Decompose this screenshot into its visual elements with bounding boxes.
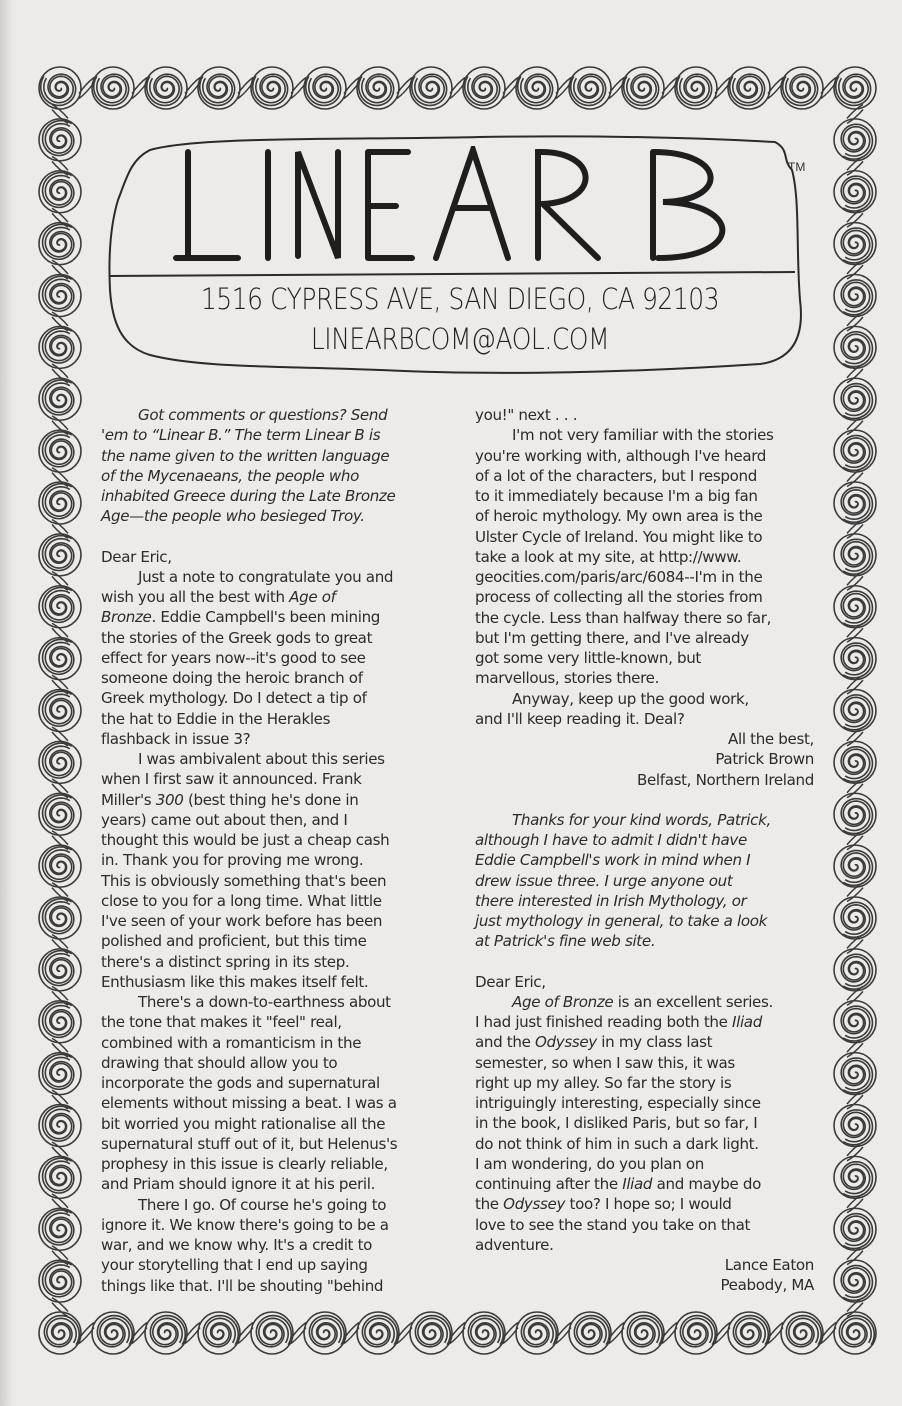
email-address[interactable]: LINEARBCOM@AOL.COM	[193, 322, 726, 356]
spiral-ornament-icon	[198, 1312, 240, 1354]
text-line: Just a note to congratulate you and	[101, 567, 446, 587]
text-line: the hat to Eddie in the Herakles	[101, 709, 446, 729]
paragraph-gap	[475, 790, 820, 810]
text-line: continuing after the Iliad and maybe do	[475, 1174, 820, 1194]
spiral-ornament-icon	[39, 430, 81, 472]
left-column: Got comments or questions? Send'em to “L…	[101, 405, 446, 1296]
text-line: I was ambivalent about this series	[101, 749, 446, 769]
text-line: there interested in Irish Mythology, or	[475, 891, 820, 911]
spiral-ornament-icon	[39, 482, 81, 524]
text-line: when I first saw it announced. Frank	[101, 769, 446, 789]
letter-salutation: Dear Eric,	[475, 972, 820, 992]
text-line: to it immediately because I'm a big fan	[475, 486, 820, 506]
text-line: Greek mythology. Do I detect a tip of	[101, 688, 446, 708]
text-line: got some very little-known, but	[475, 648, 820, 668]
italic-title-text: 300	[156, 791, 184, 809]
spiral-ornament-icon	[39, 1312, 81, 1354]
text-segment: is an excellent series.	[613, 993, 773, 1011]
spiral-ornament-icon	[410, 1312, 452, 1354]
text-line: Enthusiasm like this makes itself felt.	[101, 972, 446, 992]
text-line: semester, so when I saw this, it was	[475, 1053, 820, 1073]
italic-title-text: Iliad	[622, 1175, 652, 1193]
text-line: of heroic mythology. My own area is the	[475, 506, 820, 526]
text-segment: (best thing he's done in	[184, 791, 359, 809]
spiral-ornament-icon	[728, 1312, 770, 1354]
text-line: and Priam should ignore it at his peril.	[101, 1174, 446, 1194]
text-line: the cycle. Less than halfway there so fa…	[475, 608, 820, 628]
text-line: prophesy in this issue is clearly reliab…	[101, 1154, 446, 1174]
text-line: thought this would be just a cheap cash	[101, 830, 446, 850]
spiral-ornament-icon	[834, 534, 876, 576]
text-segment: and maybe do	[652, 1175, 761, 1193]
spiral-ornament-icon	[834, 741, 876, 783]
spiral-ornament-icon	[463, 1312, 505, 1354]
spiral-ornament-icon	[39, 1208, 81, 1250]
spiral-ornament-icon	[834, 1053, 876, 1095]
text-line: Ulster Cycle of Ireland. You might like …	[475, 527, 820, 547]
spiral-ornament-icon	[622, 1312, 664, 1354]
spiral-ornament-icon	[39, 1053, 81, 1095]
spiral-ornament-icon	[834, 430, 876, 472]
spiral-ornament-icon	[834, 1260, 876, 1302]
linear-b-title-logo	[168, 146, 758, 266]
spiral-ornament-icon	[357, 1312, 399, 1354]
spiral-ornament-icon	[834, 482, 876, 524]
spiral-ornament-icon	[39, 586, 81, 628]
text-line: war, and we know why. It's a credit to	[101, 1235, 446, 1255]
text-line: elements without missing a beat. I was a	[101, 1093, 446, 1113]
mailing-address: 1516 CYPRESS AVE, SAN DIEGO, CA 92103	[193, 282, 726, 316]
italic-title-text: Odyssey	[503, 1195, 565, 1213]
spiral-ornament-icon	[516, 1312, 558, 1354]
spiral-ornament-icon	[834, 1105, 876, 1147]
spiral-ornament-icon	[251, 1312, 293, 1354]
italic-title-text: Bronze	[101, 608, 151, 626]
text-line: you!" next . . .	[475, 405, 820, 425]
text-segment: too? I hope so; I would	[565, 1195, 731, 1213]
spiral-ornament-icon	[834, 845, 876, 887]
editor-intro-line: Got comments or questions? Send	[101, 405, 446, 425]
spiral-ornament-icon	[39, 845, 81, 887]
spiral-ornament-icon	[834, 1208, 876, 1250]
spiral-ornament-icon	[569, 1312, 611, 1354]
text-line: your storytelling that I end up saying	[101, 1255, 446, 1275]
text-line: Age of Bronze is an excellent series.	[475, 992, 820, 1012]
right-column: you!" next . . .I'm not very familiar wi…	[475, 405, 820, 1296]
text-line: This is obviously something that's been	[101, 871, 446, 891]
text-line: the tone that makes it "feel" real,	[101, 1012, 446, 1032]
text-line: in the book, I disliked Paris, but so fa…	[475, 1113, 820, 1133]
text-line: marvellous, stories there.	[475, 668, 820, 688]
spiral-ornament-icon	[834, 1156, 876, 1198]
text-line: the stories of the Greek gods to great	[101, 628, 446, 648]
text-line: someone doing the heroic branch of	[101, 668, 446, 688]
spiral-ornament-icon	[304, 1312, 346, 1354]
text-segment: and the	[475, 1033, 535, 1051]
spiral-ornament-icon	[39, 1260, 81, 1302]
italic-title-text: Age of	[289, 588, 335, 606]
spiral-ornament-icon	[834, 793, 876, 835]
text-line: love to see the stand you take on that	[475, 1215, 820, 1235]
text-line: drawing that should allow you to	[101, 1053, 446, 1073]
text-line: Miller's 300 (best thing he's done in	[101, 790, 446, 810]
letter-author: Lance Eaton	[475, 1255, 820, 1275]
letter-salutation: Dear Eric,	[101, 547, 446, 567]
spiral-ornament-icon	[39, 1105, 81, 1147]
letter-signoff: All the best,	[475, 729, 820, 749]
spiral-ornament-icon	[39, 1001, 81, 1043]
text-line: years) came out about then, and I	[101, 810, 446, 830]
text-line: although I have to admit I didn't have	[475, 830, 820, 850]
text-line: bit worried you might rationalise all th…	[101, 1114, 446, 1134]
letter-author: Patrick Brown	[475, 749, 820, 769]
text-line: and I'll keep reading it. Deal?	[475, 709, 820, 729]
text-line: of a lot of the characters, but I respon…	[475, 466, 820, 486]
spiral-ornament-icon	[145, 1312, 187, 1354]
editor-intro-line: inhabited Greece during the Late Bronze	[101, 486, 446, 506]
spiral-ornament-icon	[39, 741, 81, 783]
text-line: Eddie Campbell's work in mind when I	[475, 850, 820, 870]
text-segment: continuing after the	[475, 1175, 622, 1193]
letter-location: Peabody, MA	[475, 1275, 820, 1295]
spiral-ornament-icon	[39, 638, 81, 680]
text-line: intriguingly interesting, especially sin…	[475, 1093, 820, 1113]
text-line: incorporate the gods and supernatural	[101, 1073, 446, 1093]
text-line: There's a down-to-earthness about	[101, 992, 446, 1012]
text-line: effect for years now--it's good to see	[101, 648, 446, 668]
text-line: Thanks for your kind words, Patrick,	[475, 810, 820, 830]
editor-intro-line: the name given to the written language	[101, 446, 446, 466]
text-line: and the Odyssey in my class last	[475, 1032, 820, 1052]
editor-intro-line: 'em to “Linear B.” The term Linear B is	[101, 425, 446, 445]
text-segment: in my class last	[597, 1033, 712, 1051]
spiral-ornament-icon	[92, 1312, 134, 1354]
text-line: I'm not very familiar with the stories	[475, 425, 820, 445]
text-line: but I'm getting there, and I've already	[475, 628, 820, 648]
spiral-ornament-icon	[39, 949, 81, 991]
spiral-ornament-icon	[781, 1312, 823, 1354]
spiral-ornament-icon	[39, 897, 81, 939]
text-line: there's a distinct spring in its step.	[101, 952, 446, 972]
text-line: you're working with, although I've heard	[475, 446, 820, 466]
spiral-ornament-icon	[834, 1312, 876, 1354]
text-line: Anyway, keep up the good work,	[475, 689, 820, 709]
text-line: take a look at my site, at http://www.	[475, 547, 820, 567]
text-line: ignore it. We know there's going to be a	[101, 1215, 446, 1235]
spiral-ornament-icon	[39, 1156, 81, 1198]
text-line: at Patrick's fine web site.	[475, 931, 820, 951]
text-segment: wish you all the best with	[101, 588, 289, 606]
spiral-ornament-icon	[39, 690, 81, 732]
text-line: just mythology in general, to take a loo…	[475, 911, 820, 931]
text-line: I've seen of your work before has been	[101, 911, 446, 931]
text-line: flashback in issue 3?	[101, 729, 446, 749]
text-line: Bronze. Eddie Campbell's been mining	[101, 607, 446, 627]
spiral-ornament-icon	[834, 949, 876, 991]
text-segment: I had just finished reading both the	[475, 1013, 732, 1031]
text-line: I had just finished reading both the Ili…	[475, 1012, 820, 1032]
text-line: wish you all the best with Age of	[101, 587, 446, 607]
spiral-ornament-icon	[834, 638, 876, 680]
text-line: combined with a romanticism in the	[101, 1033, 446, 1053]
text-line: in. Thank you for proving me wrong.	[101, 850, 446, 870]
spiral-ornament-icon	[834, 897, 876, 939]
italic-title-text: Odyssey	[535, 1033, 597, 1051]
text-line: do not think of him in such a dark light…	[475, 1134, 820, 1154]
text-line: There I go. Of course he's going to	[101, 1195, 446, 1215]
letter-location: Belfast, Northern Ireland	[475, 770, 820, 790]
text-line: geocities.com/paris/arc/6084--I'm in the	[475, 567, 820, 587]
text-line: polished and proficient, but this time	[101, 931, 446, 951]
text-line: I am wondering, do you plan on	[475, 1154, 820, 1174]
text-segment: Miller's	[101, 791, 156, 809]
text-line: the Odyssey too? I hope so; I would	[475, 1194, 820, 1214]
text-line: drew issue three. I urge anyone out	[475, 871, 820, 891]
editor-intro-line: Age—the people who besieged Troy.	[101, 506, 446, 526]
text-line: supernatural stuff out of it, but Helenu…	[101, 1134, 446, 1154]
spiral-ornament-icon	[834, 690, 876, 732]
editor-intro-line: of the Mycenaeans, the people who	[101, 466, 446, 486]
text-line: close to you for a long time. What littl…	[101, 891, 446, 911]
spiral-ornament-icon	[834, 1001, 876, 1043]
text-line: process of collecting all the stories fr…	[475, 587, 820, 607]
paragraph-gap	[475, 952, 820, 972]
spiral-ornament-icon	[834, 586, 876, 628]
text-segment: the	[475, 1195, 503, 1213]
spiral-ornament-icon	[39, 793, 81, 835]
italic-title-text: Age of Bronze	[512, 993, 613, 1011]
text-line: right up my alley. So far the story is	[475, 1073, 820, 1093]
text-line: adventure.	[475, 1235, 820, 1255]
text-segment: . Eddie Campbell's been mining	[151, 608, 380, 626]
paragraph-gap	[101, 527, 446, 547]
italic-title-text: Iliad	[732, 1013, 762, 1031]
spiral-ornament-icon	[675, 1312, 717, 1354]
spiral-ornament-icon	[39, 534, 81, 576]
text-line: things like that. I'll be shouting "behi…	[101, 1276, 446, 1296]
trademark-symbol: TM	[788, 160, 805, 174]
